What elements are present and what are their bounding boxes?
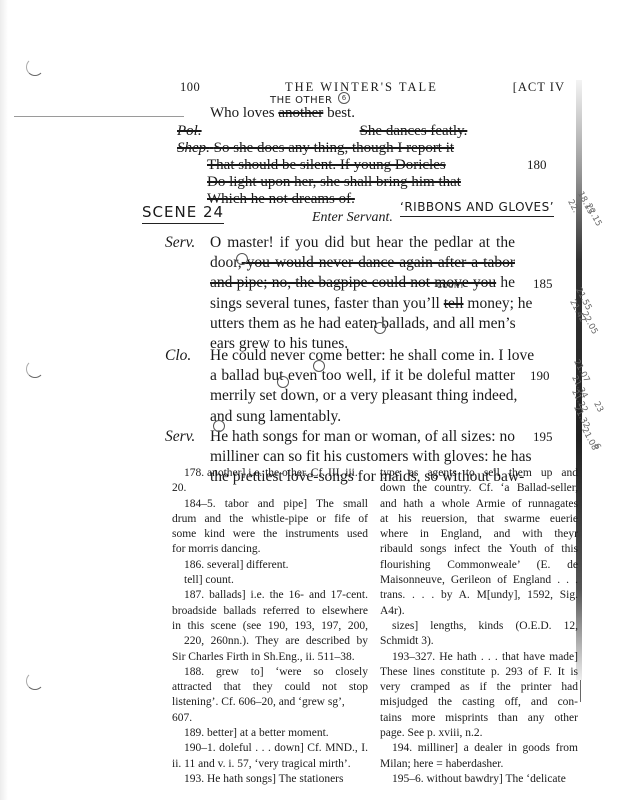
circled-mark xyxy=(213,420,225,432)
footnote-line: flourishing Commonweale’ (E. de xyxy=(380,558,578,573)
footnote-line: Maisonneuve, Gerileon of England . . . xyxy=(380,573,578,588)
footnote-line: 220, 260nn.). They are described by xyxy=(172,634,368,649)
verse-line: Do light upon her, she shall bring him t… xyxy=(207,173,461,191)
handwritten-insertion: THE OTHER xyxy=(270,95,332,106)
handwritten-timecode: 22.05 xyxy=(579,310,599,336)
handwritten-title-note: ‘RIBBONS AND GLOVES’ xyxy=(400,200,554,217)
footnote-line: A4r). xyxy=(380,604,578,619)
handwritten-scene-label: SCENE 24 xyxy=(142,203,224,224)
prose-line: sings several tunes, faster than you’ll … xyxy=(165,294,515,314)
footnote-line: Sir Charles Firth in Sh.Eng., ii. 511–38… xyxy=(172,650,368,665)
footnote-line: for morris dancing. xyxy=(172,542,368,557)
speaker-label: Clo. xyxy=(165,346,191,366)
verse-line: Who loves another best. xyxy=(210,104,355,122)
footnote-line: 187. ballads] i.e. the 16- and 17-cent. xyxy=(172,588,368,603)
footnote-line: 607. xyxy=(172,711,368,726)
footnote-line: sizes] lengths, kinds (O.E.D. 12, xyxy=(380,619,578,634)
footnote-line: 186. several] different. xyxy=(172,558,368,573)
footnote-line: 193. He hath songs] The stationers xyxy=(172,772,368,787)
circled-mark xyxy=(277,376,289,388)
footnote-line: 194. milliner] a dealer in goods from xyxy=(380,741,578,756)
footnote-line: down the country. Cf. ‘a Ballad-seller, xyxy=(380,481,578,496)
speaker-label: Shep. xyxy=(177,140,210,156)
footnote-line: drum and the whistle-pipe or fife of xyxy=(172,512,368,527)
footnote-line: in this scene (see 190, 193, 197, 200, xyxy=(172,619,368,634)
line-number: 185 xyxy=(533,276,553,292)
footnote-line: at his reuersion, that swarme euerie xyxy=(380,512,578,527)
speaker-label: Serv. xyxy=(165,427,195,447)
verse-line: Pol.She dances featly. xyxy=(177,122,467,140)
footnote-line: ribauld songs infect the Youth of this xyxy=(380,542,578,557)
fold-line xyxy=(14,116,184,117)
footnote-line: where in England, and with theyr xyxy=(380,527,578,542)
circled-number: 6 xyxy=(338,92,350,104)
handwritten-insertion: COUNT xyxy=(437,282,465,290)
struck-word: another xyxy=(278,105,323,121)
footnotes-right-column: type as agents to sell them up anddown t… xyxy=(380,466,578,787)
footnote-line: 189. better] at a better moment. xyxy=(172,726,368,741)
circled-mark xyxy=(374,322,386,334)
footnote-line: and hath a whole Armie of runnagates xyxy=(380,497,578,512)
footnote-line: tains more misprints than any other xyxy=(380,711,578,726)
stage-direction: Enter Servant. xyxy=(312,210,393,226)
line-number: 190 xyxy=(530,368,550,384)
footnote-line: misjudged the casting off, and con- xyxy=(380,695,578,710)
footnote-line: Milan; here = haberdasher. xyxy=(380,757,578,772)
footnote-line: tell] count. xyxy=(172,573,368,588)
footnote-line: 193–327. He hath . . . that have made] xyxy=(380,650,578,665)
verse-line: Which he not dreams of. xyxy=(207,190,355,208)
verse-line: Shep. So she does any thing, though I re… xyxy=(177,139,454,157)
footnote-line: Schmidt 3). xyxy=(380,634,578,649)
footnote-line: 188. grew to] ‘were so closely xyxy=(172,665,368,680)
prose-line: door, you would never dance again after … xyxy=(165,253,515,273)
footnote-line: 178. another] i.e. the other. Cf. III. i… xyxy=(172,466,368,481)
prose-line: He could never come better: he shall com… xyxy=(165,346,515,366)
punch-hole-icon xyxy=(26,58,44,76)
footnote-line: listening’. Cf. 606–20, and ‘grew sg’, xyxy=(172,695,368,710)
prose-line: a ballad but even too well, if it be dol… xyxy=(165,366,515,386)
footnotes-left-column: 178. another] i.e. the other. Cf. III. i… xyxy=(172,466,368,787)
prose-line: O master! if you did but hear the pedlar… xyxy=(165,233,515,253)
footnote-line: 20. xyxy=(172,481,368,496)
speech-servant-1: Serv. O master! if you did but hear the … xyxy=(165,233,515,354)
line-number: 180 xyxy=(527,157,547,173)
binding-edge xyxy=(580,680,581,702)
scanned-page: 100 THE WINTER'S TALE [ACT IV Who loves … xyxy=(0,0,618,800)
footnote-line: These lines constitute p. 293 of F. It i… xyxy=(380,665,578,680)
running-head: 100 THE WINTER'S TALE [ACT IV xyxy=(180,80,565,100)
footnote-line: attracted that they could not stop xyxy=(172,680,368,695)
act-label: [ACT IV xyxy=(513,80,565,95)
line-number: 195 xyxy=(533,429,553,445)
circled-mark xyxy=(313,360,325,372)
circled-mark xyxy=(236,253,248,265)
verse-line: That should be silent. If young Doricles xyxy=(207,156,446,174)
handwritten-timecode: 23 xyxy=(591,400,605,414)
footnote-line: ii. 11 and v. i. 57, ‘very tragical mirt… xyxy=(172,757,368,772)
book-title: THE WINTER'S TALE xyxy=(285,80,438,95)
page-number: 100 xyxy=(180,80,200,95)
footnote-line: page. See p. xviii, n.2. xyxy=(380,726,578,741)
speaker-label: Serv. xyxy=(165,233,195,253)
footnote-line: trans. . . . by A. M[undy], 1592, Sig. xyxy=(380,588,578,603)
footnote-line: 195–6. without bawdry] The ‘delicate xyxy=(380,772,578,787)
prose-line: merrily set down, or a very pleasant thi… xyxy=(165,386,515,406)
footnote-line: some kind were the instruments used xyxy=(172,527,368,542)
footnote-line: type as agents to sell them up and xyxy=(380,466,578,481)
prose-line: utters them as he had eaten ballads, and… xyxy=(165,314,515,334)
prose-line: milliner can so fit his customers with g… xyxy=(165,447,515,467)
footnote-line: broadside ballads referred to elsewhere xyxy=(172,604,368,619)
margin-timecodes: 18.1522.22.1521.5521.4222.0521.0721.3421… xyxy=(570,190,618,510)
footnote-line: 190–1. doleful . . . down] Cf. MND., I. xyxy=(172,741,368,756)
footnote-line: very cramped as if the printer had xyxy=(380,680,578,695)
footnote-line: 184–5. tabor and pipe] The small xyxy=(172,497,368,512)
speech-clown: Clo. He could never come better: he shal… xyxy=(165,346,515,427)
punch-hole-icon xyxy=(26,360,44,378)
page-edge-shadow xyxy=(0,0,8,800)
punch-hole-icon xyxy=(26,672,44,690)
speaker-label: Pol. xyxy=(177,123,202,139)
